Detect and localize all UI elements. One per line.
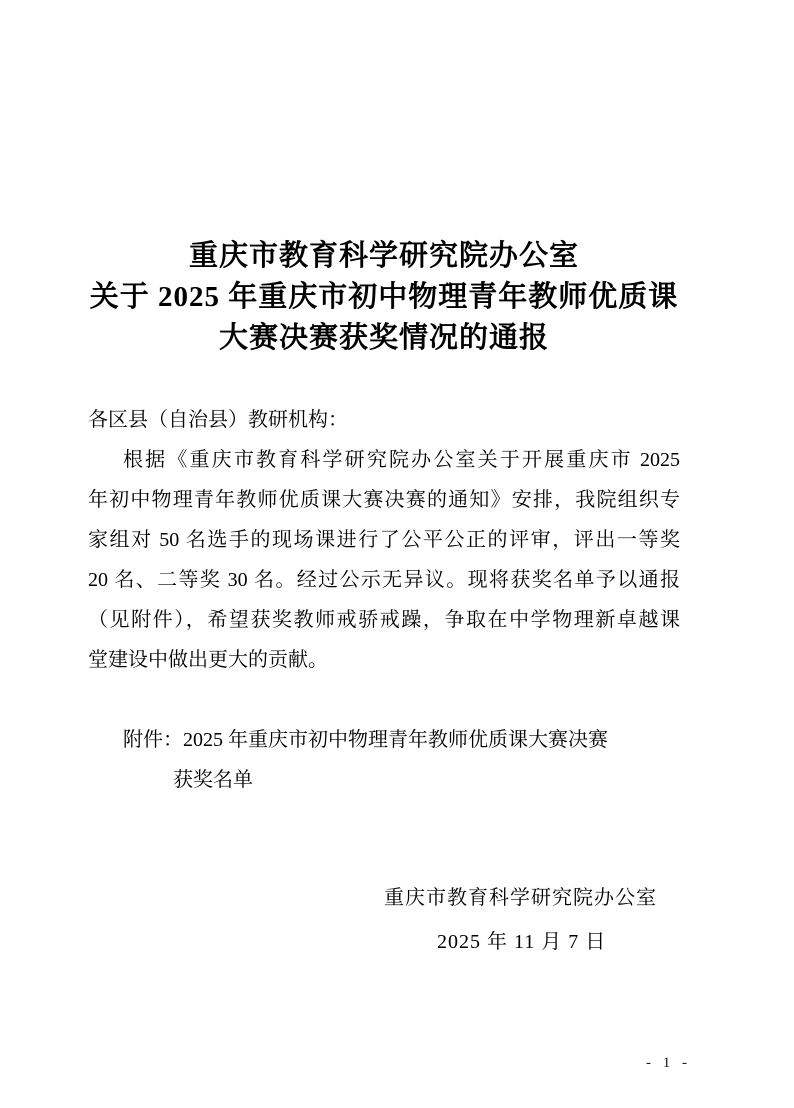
page-number: - 1 - bbox=[646, 1053, 691, 1073]
paragraph-line: 20 名、二等奖 30 名。经过公示无异议。现将获奖名单予以通报 bbox=[88, 560, 680, 600]
document-page: 重庆市教育科学研究院办公室 关于 2025 年重庆市初中物理青年教师优质课 大赛… bbox=[0, 0, 794, 1108]
paragraph-line: 根据《重庆市教育科学研究院办公室关于开展重庆市 2025 bbox=[88, 440, 680, 480]
signature-issuer: 重庆市教育科学研究院办公室 bbox=[384, 878, 657, 918]
salutation: 各区县（自治县）教研机构： bbox=[88, 400, 680, 440]
document-title: 重庆市教育科学研究院办公室 关于 2025 年重庆市初中物理青年教师优质课 大赛… bbox=[88, 236, 680, 359]
signature-date: 2025 年 11 月 7 日 bbox=[437, 922, 606, 962]
attachment-note: 附件：2025 年重庆市初中物理青年教师优质课大赛决赛 获奖名单 bbox=[88, 720, 680, 800]
paragraph-line: 堂建设中做出更大的贡献。 bbox=[88, 640, 680, 680]
attachment-line: 附件：2025 年重庆市初中物理青年教师优质课大赛决赛 bbox=[88, 720, 680, 760]
attachment-line: 获奖名单 bbox=[88, 760, 680, 800]
document-body: 各区县（自治县）教研机构： 根据《重庆市教育科学研究院办公室关于开展重庆市 20… bbox=[88, 400, 680, 680]
paragraph-line: 年初中物理青年教师优质课大赛决赛的通知》安排，我院组织专 bbox=[88, 480, 680, 520]
title-line: 大赛决赛获奖情况的通报 bbox=[88, 318, 680, 359]
paragraph-line: 家组对 50 名选手的现场课进行了公平公正的评审，评出一等奖 bbox=[88, 520, 680, 560]
title-line: 重庆市教育科学研究院办公室 bbox=[88, 236, 680, 277]
paragraph-line: （见附件），希望获奖教师戒骄戒躁，争取在中学物理新卓越课 bbox=[88, 600, 680, 640]
title-line: 关于 2025 年重庆市初中物理青年教师优质课 bbox=[88, 277, 680, 318]
